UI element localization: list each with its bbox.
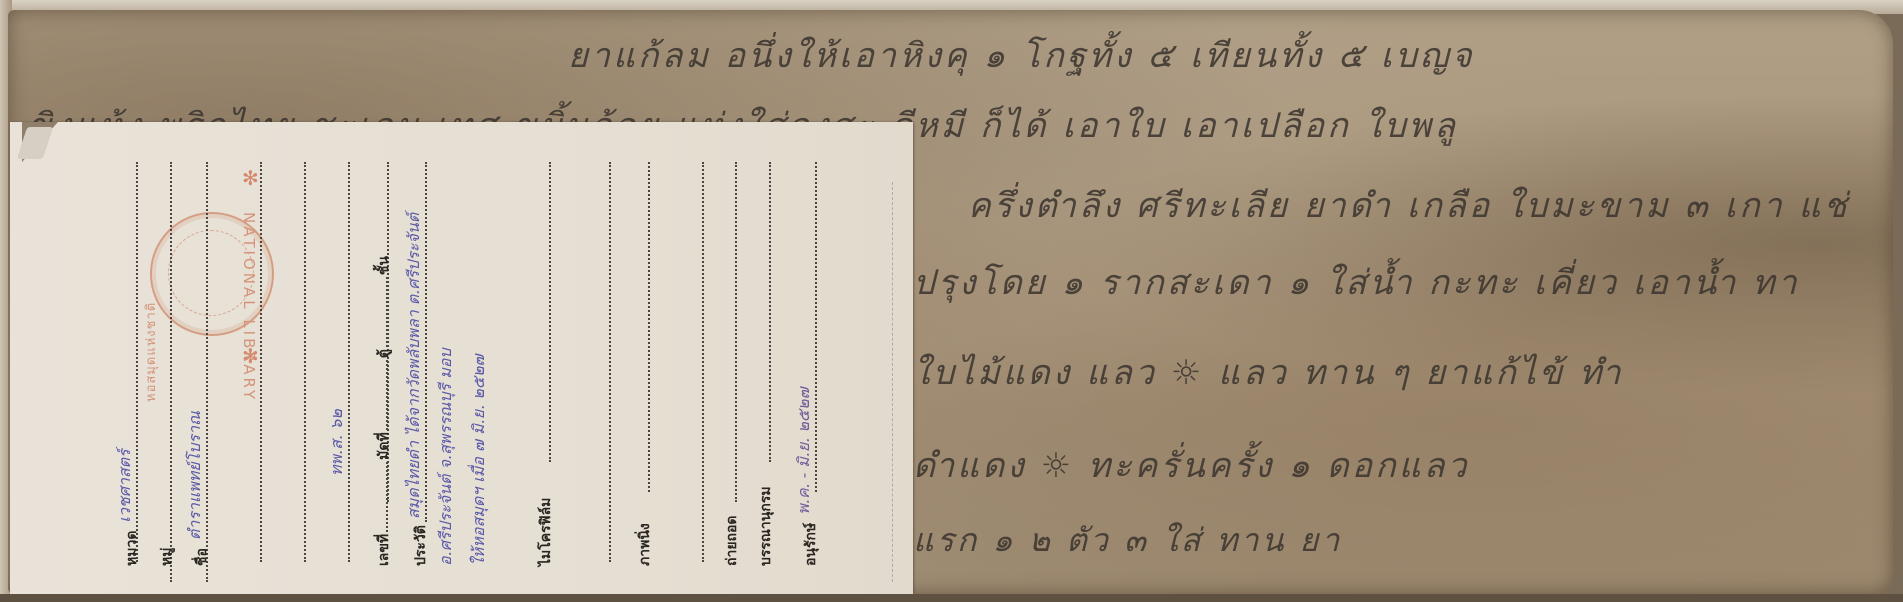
manuscript-line: ครึ่งตำลึง ศรีทะเลีย ยาดำ เกลือ ใบมะขาม … (968, 178, 1850, 232)
field-value: ตำราแพทย์โบราณ (183, 411, 208, 540)
dotted-rule (170, 162, 172, 582)
field-label: อนุรักษ์ (800, 523, 822, 566)
field-value: พ.ค. - มิ.ย. ๒๕๒๗ (792, 387, 817, 514)
dotted-rule (609, 162, 611, 562)
field-value: สมุดไทยดำ ได้จากวัดพลับพลา ต.ศรีประจันต์ (402, 213, 427, 519)
stamp-text-english: NATIONAL LIBRARY (240, 212, 258, 402)
field-number: เลขที่ มัดที่ ตู้ ชั้น (373, 256, 395, 566)
stamp-star-icon: ✻ (242, 166, 259, 190)
card-faint-rule (892, 182, 893, 582)
field-call-number-line: ทพ.ส. ๖๒ (331, 409, 356, 566)
dotted-leader (385, 462, 388, 532)
field-label: ชื่อ (191, 548, 213, 566)
field-history-line-3: ให้หอสมุดฯ เมื่อ ๗ มิ.ย. ๒๕๒๗ (473, 354, 498, 566)
national-library-stamp: ✻ ✻ NATIONAL LIBRARY หอสมุดแห่งชาติ (130, 172, 280, 372)
background-frame-bottom (0, 594, 1903, 602)
field-label: หมวด (121, 531, 143, 566)
field-microfilm: ไมโครฟิล์ม (535, 498, 557, 566)
field-label: ไมโครฟิล์ม (535, 498, 557, 566)
field-still-image: ภาพนิ่ง (634, 523, 656, 566)
catalog-card: ✻ ✻ NATIONAL LIBRARY หอสมุดแห่งชาติ หมวด… (10, 122, 913, 594)
field-history: ประวัติ สมุดไทยดำ ได้จากวัดพลับพลา ต.ศรี… (408, 213, 433, 566)
field-bibliography: บรรณานุกรม (755, 486, 777, 566)
field-sub-label: มัดที่ (373, 432, 395, 460)
field-category: หมวด เวชศาสตร์ (119, 449, 144, 566)
field-label: ภาพนิ่ง (634, 523, 656, 566)
dotted-rule (769, 162, 771, 462)
dotted-rule (304, 162, 306, 562)
dotted-leader (385, 360, 388, 430)
field-label: ถ่ายถอด (721, 515, 743, 566)
dotted-rule (735, 162, 737, 502)
field-label: หมู่ (156, 548, 178, 566)
field-transcription: ถ่ายถอด (721, 515, 743, 566)
field-conservation: อนุรักษ์ พ.ค. - มิ.ย. ๒๕๒๗ (798, 387, 823, 566)
dotted-rule (260, 162, 262, 562)
field-title: ชื่อ ตำราแพทย์โบราณ (189, 411, 214, 566)
field-value: อ.ศรีประจันต์ จ.สุพรรณบุรี มอบ (434, 348, 459, 566)
field-sub-label: ชั้น (373, 256, 395, 275)
manuscript-line: ยาแก้ลม อนึ่งให้เอาหิงคุ ๑ โกฐทั้ง ๕ เที… (568, 28, 1475, 82)
manuscript-line: ปรุงโดย ๑ รากสะเดา ๑ ใส่น้ำ กะทะ เคี่ยว … (913, 255, 1800, 309)
field-sub-label: ตู้ (373, 349, 395, 358)
stamp-text-thai: หอสมุดแห่งชาติ (140, 302, 161, 402)
field-label: ประวัติ (410, 525, 432, 566)
field-group: หมู่ (156, 548, 178, 566)
field-history-line-2: อ.ศรีประจันต์ จ.สุพรรณบุรี มอบ (440, 348, 465, 566)
dotted-rule (702, 162, 704, 562)
field-value: ทพ.ส. ๖๒ (325, 409, 350, 476)
field-value: เวชศาสตร์ (113, 449, 138, 522)
manuscript-line: ใบไม้แดง แลว ☼ แลว ทาน ๆ ยาแก้ไข้ ทำ (913, 345, 1623, 399)
field-label: เลขที่ (373, 534, 395, 566)
dotted-rule (648, 162, 650, 492)
dotted-leader (385, 277, 388, 347)
dotted-rule (549, 162, 551, 462)
field-label: บรรณานุกรม (755, 486, 777, 566)
field-value: ให้หอสมุดฯ เมื่อ ๗ มิ.ย. ๒๕๒๗ (467, 354, 492, 566)
manuscript-line: แรก ๑ ๒ ตัว ๓ ใส่ ทาน ยา (913, 515, 1342, 566)
manuscript-line: ดำแดง ☼ ทะครั่นครั้ง ๑ ดอกแลว (913, 438, 1470, 492)
